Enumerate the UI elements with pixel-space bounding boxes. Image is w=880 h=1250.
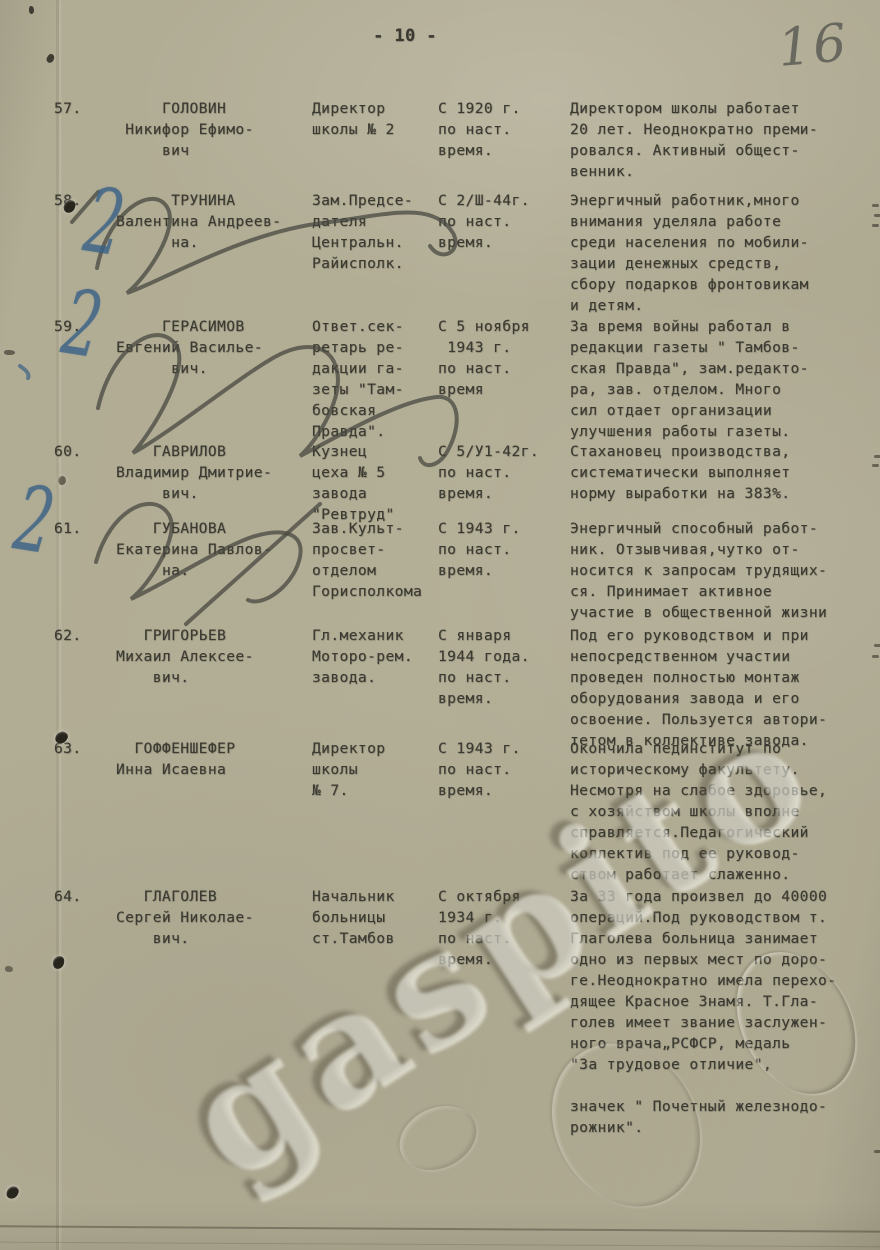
entry-name: ГЕРАСИМОВ Евгений Василье- вич. xyxy=(116,316,312,442)
entry-name: ГОЛОВИН Никифор Ефимо- вич xyxy=(116,98,312,190)
entry-number: 61. xyxy=(54,518,116,625)
entry-description: Энергичный способный работ- ник. Отзывчи… xyxy=(570,518,870,625)
edge-text-fragment xyxy=(872,655,879,658)
table-row: 58. ТРУНИНА Валентина Андреев- на. Зам.П… xyxy=(0,190,880,316)
entry-name: ГАВРИЛОВ Владимир Дмитрие- вич. xyxy=(116,441,312,525)
table-row: 57. ГОЛОВИН Никифор Ефимо- вич Директор … xyxy=(0,98,880,190)
entry-name: ГРИГОРЬЕВ Михаил Алексее- вич. xyxy=(116,625,312,751)
edge-text-fragment xyxy=(872,224,879,227)
paper-speck xyxy=(5,966,13,972)
entry-description: За время войны работал в редакции газеты… xyxy=(570,316,870,442)
scan-page: - 10 - 16 57. ГОЛОВИН Никифор Ефимо- вич… xyxy=(0,0,880,1250)
entry-name: ГУБАНОВА Екатерина Павлов- на. xyxy=(116,518,312,625)
entry-position: Зав.Культ- просвет- отделом Горисполкома xyxy=(312,518,438,625)
edge-text-fragment xyxy=(872,464,879,467)
entry-position: Директор школы № 2 xyxy=(312,98,438,190)
entry-number: 64. xyxy=(54,886,116,1246)
folio-number: 16 xyxy=(776,13,851,79)
entry-name: ГОФФЕНШЕФЕР Инна Исаевна xyxy=(116,738,312,886)
entry-number: 63. xyxy=(54,738,116,886)
entry-description: Директором школы работает 20 лет. Неодно… xyxy=(570,98,870,190)
entry-position: Кузнец цеха № 5 завода "Ревтруд" xyxy=(312,441,438,525)
entry-description: Стахановец производства, систематически … xyxy=(570,441,870,525)
paper-speck xyxy=(45,53,56,64)
edge-text-fragment xyxy=(874,214,880,217)
entry-description: Энергичный работник,много внимания уделя… xyxy=(570,190,870,316)
entry-position: Директор школы № 7. xyxy=(312,738,438,886)
entry-name: ТРУНИНА Валентина Андреев- на. xyxy=(116,190,312,316)
table-row: 60. ГАВРИЛОВ Владимир Дмитрие- вич. Кузн… xyxy=(0,441,880,518)
table-row: 61. ГУБАНОВА Екатерина Павлов- на. Зав.К… xyxy=(0,518,880,625)
entry-period: С 5 ноября 1943 г. по наст. время xyxy=(438,316,570,442)
entry-period: С января 1944 года. по наст. время. xyxy=(438,625,570,751)
edge-text-fragment xyxy=(874,644,880,647)
entry-position: Зам.Предсе- дателя Центральн. Райисполк. xyxy=(312,190,438,316)
page-number: - 10 - xyxy=(0,26,810,46)
entry-position: Ответ.сек- ретарь ре- дакции га- зеты "Т… xyxy=(312,316,438,442)
edge-text-fragment xyxy=(872,204,879,207)
paper-speck xyxy=(29,6,34,14)
edge-text-fragment xyxy=(874,1150,880,1153)
edge-text-fragment xyxy=(874,455,880,458)
entry-position: Гл.механик Моторо-рем. завода. xyxy=(312,625,438,751)
entry-period: С 1943 г. по наст. время. xyxy=(438,518,570,625)
entry-period: С 5/У1-42г. по наст. время. xyxy=(438,441,570,525)
table-row: 59. ГЕРАСИМОВ Евгений Василье- вич. Отве… xyxy=(0,316,880,441)
entry-period: С 2/Ш-44г. по наст. время. xyxy=(438,190,570,316)
paper-speck xyxy=(4,350,15,355)
entry-period: С 1920 г. по наст. время. xyxy=(438,98,570,190)
